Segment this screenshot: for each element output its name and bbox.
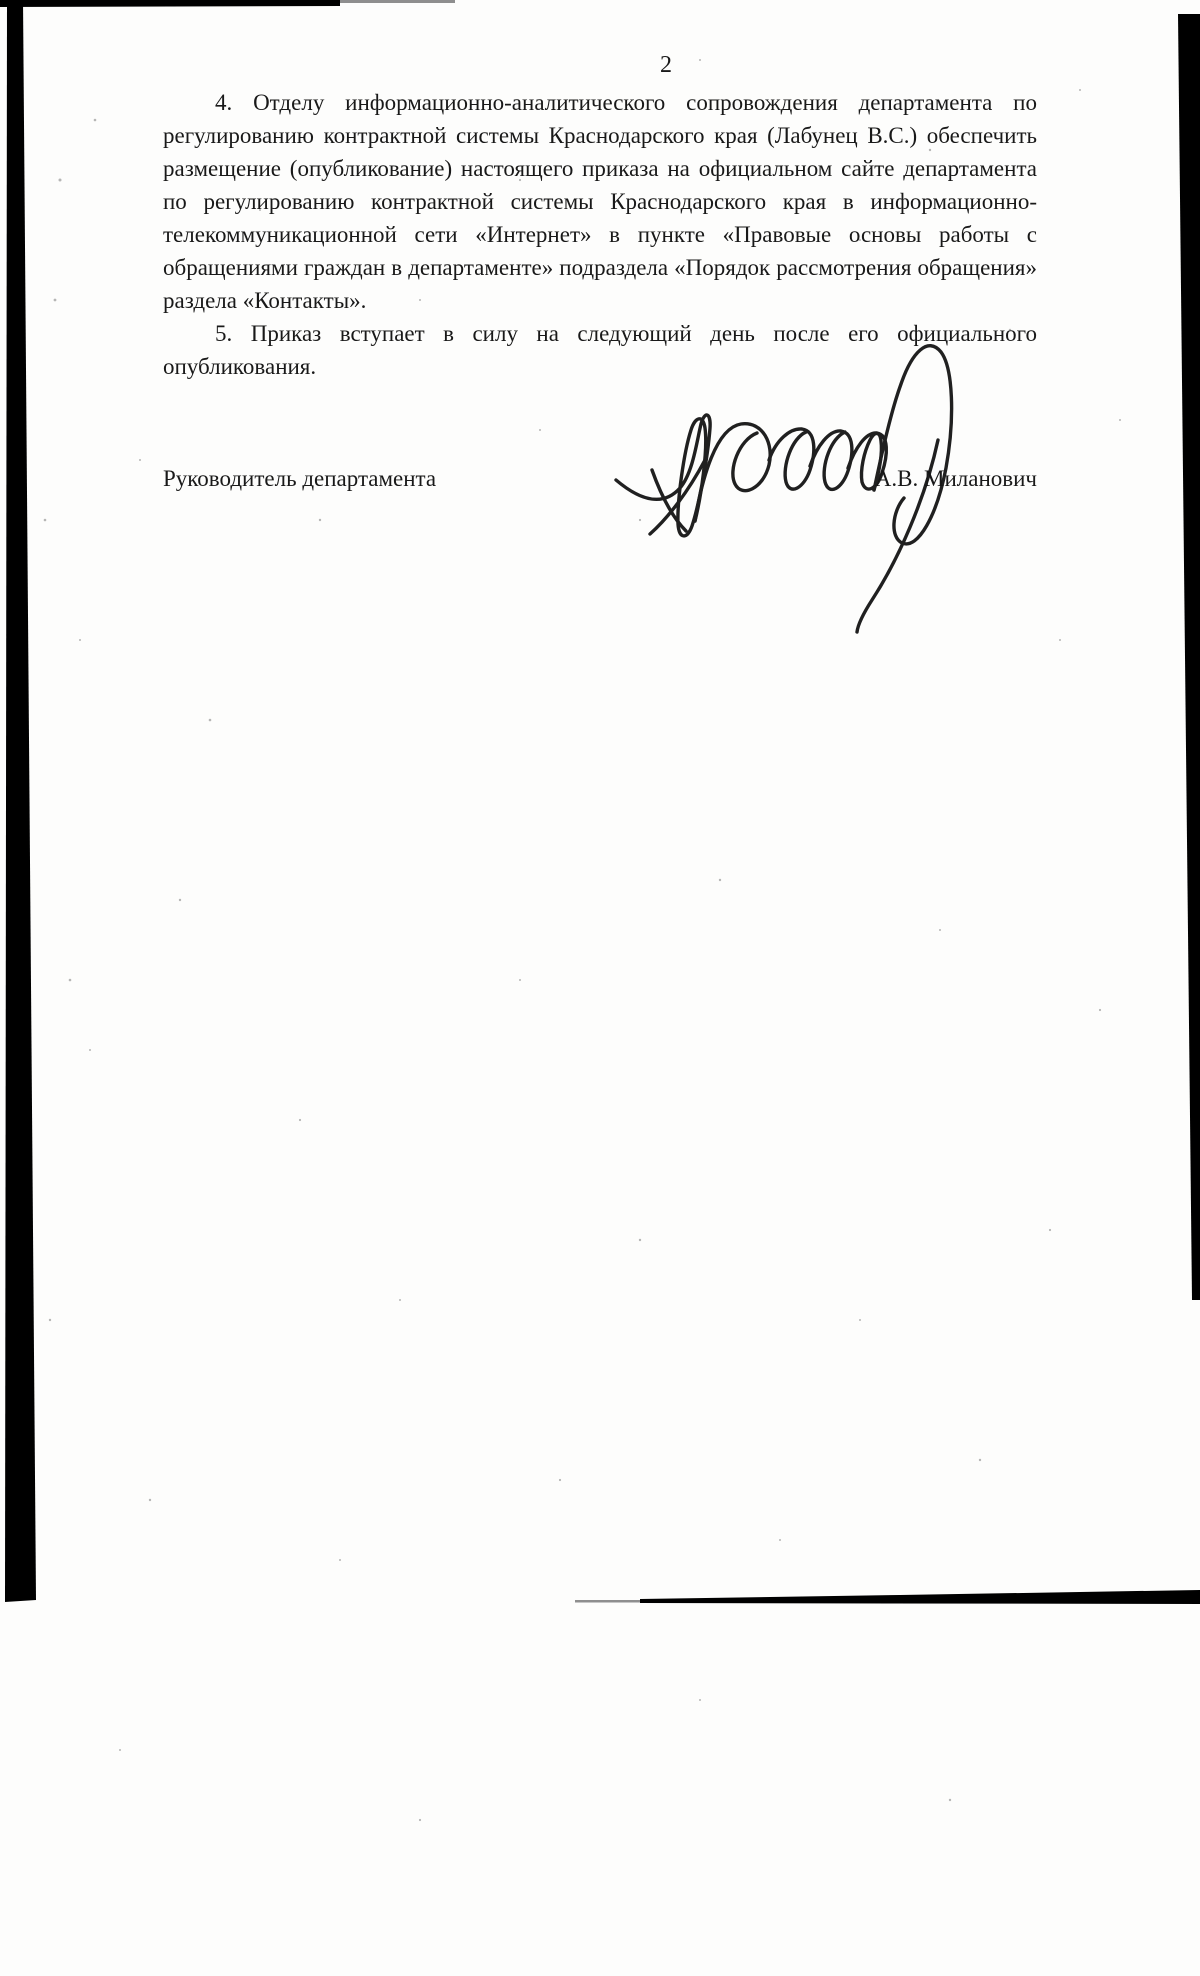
page-number: 2 <box>660 52 673 79</box>
paragraph-item-5: 5. Приказ вступает в силу на следующий д… <box>163 317 1037 383</box>
signature-block: Руководитель департамента А.В. Миланович <box>163 466 1037 492</box>
paragraph-item-4: 4. Отделу информационно-аналитического с… <box>163 86 1037 317</box>
scan-artifact-right-bar <box>1178 14 1200 1300</box>
signature-name: А.В. Миланович <box>875 466 1037 492</box>
scan-artifact-top-bar <box>0 0 455 7</box>
document-body: 4. Отделу информационно-аналитического с… <box>163 86 1037 383</box>
scan-artifact-bottom-edge <box>575 1590 1200 1604</box>
signature-title: Руководитель департамента <box>163 466 436 492</box>
scan-artifact-left-bar <box>5 0 36 1602</box>
document-page: 2 4. Отделу информационно-аналитического… <box>0 0 1200 1976</box>
